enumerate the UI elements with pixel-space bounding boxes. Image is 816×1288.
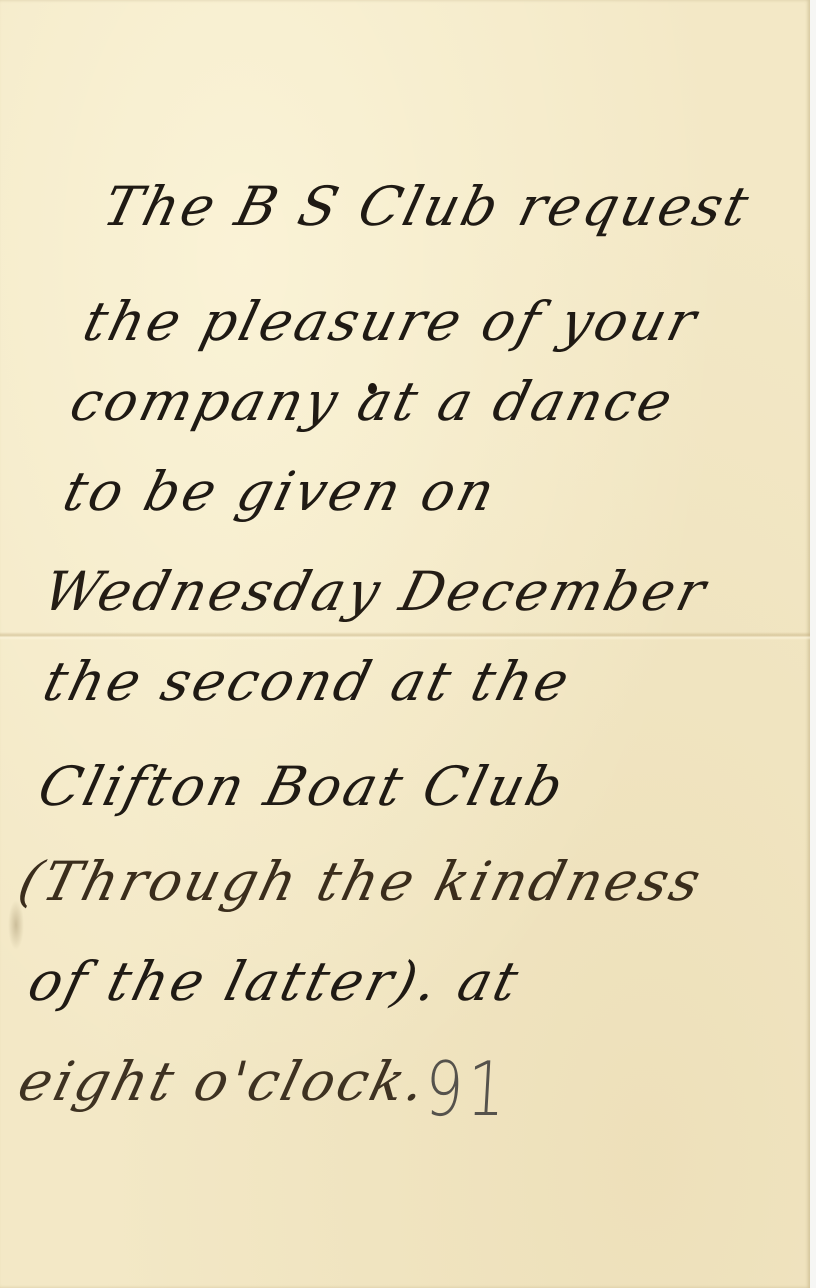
scan-margin	[810, 0, 816, 1288]
handwritten-line-10: eight o'clock.	[13, 1055, 433, 1109]
handwritten-line-8: (Through the kindness	[13, 855, 708, 909]
handwritten-line-3: company at a dance	[65, 375, 680, 429]
paper-fold-crease	[0, 632, 810, 640]
handwritten-line-4: to be given on	[58, 465, 502, 519]
handwritten-line-5: Wednesday December	[38, 565, 713, 619]
handwritten-line-1: The B S Club request	[98, 180, 756, 234]
handwritten-line-6: the second at the	[38, 655, 576, 709]
pencil-annotation: 91	[423, 1046, 512, 1134]
handwritten-line-2: the pleasure of your	[78, 295, 704, 349]
handwritten-line-9: of the latter). at	[23, 955, 526, 1009]
letter-page: The B S Club request the pleasure of you…	[0, 0, 810, 1288]
handwritten-line-7: Clifton Boat Club	[33, 760, 571, 814]
